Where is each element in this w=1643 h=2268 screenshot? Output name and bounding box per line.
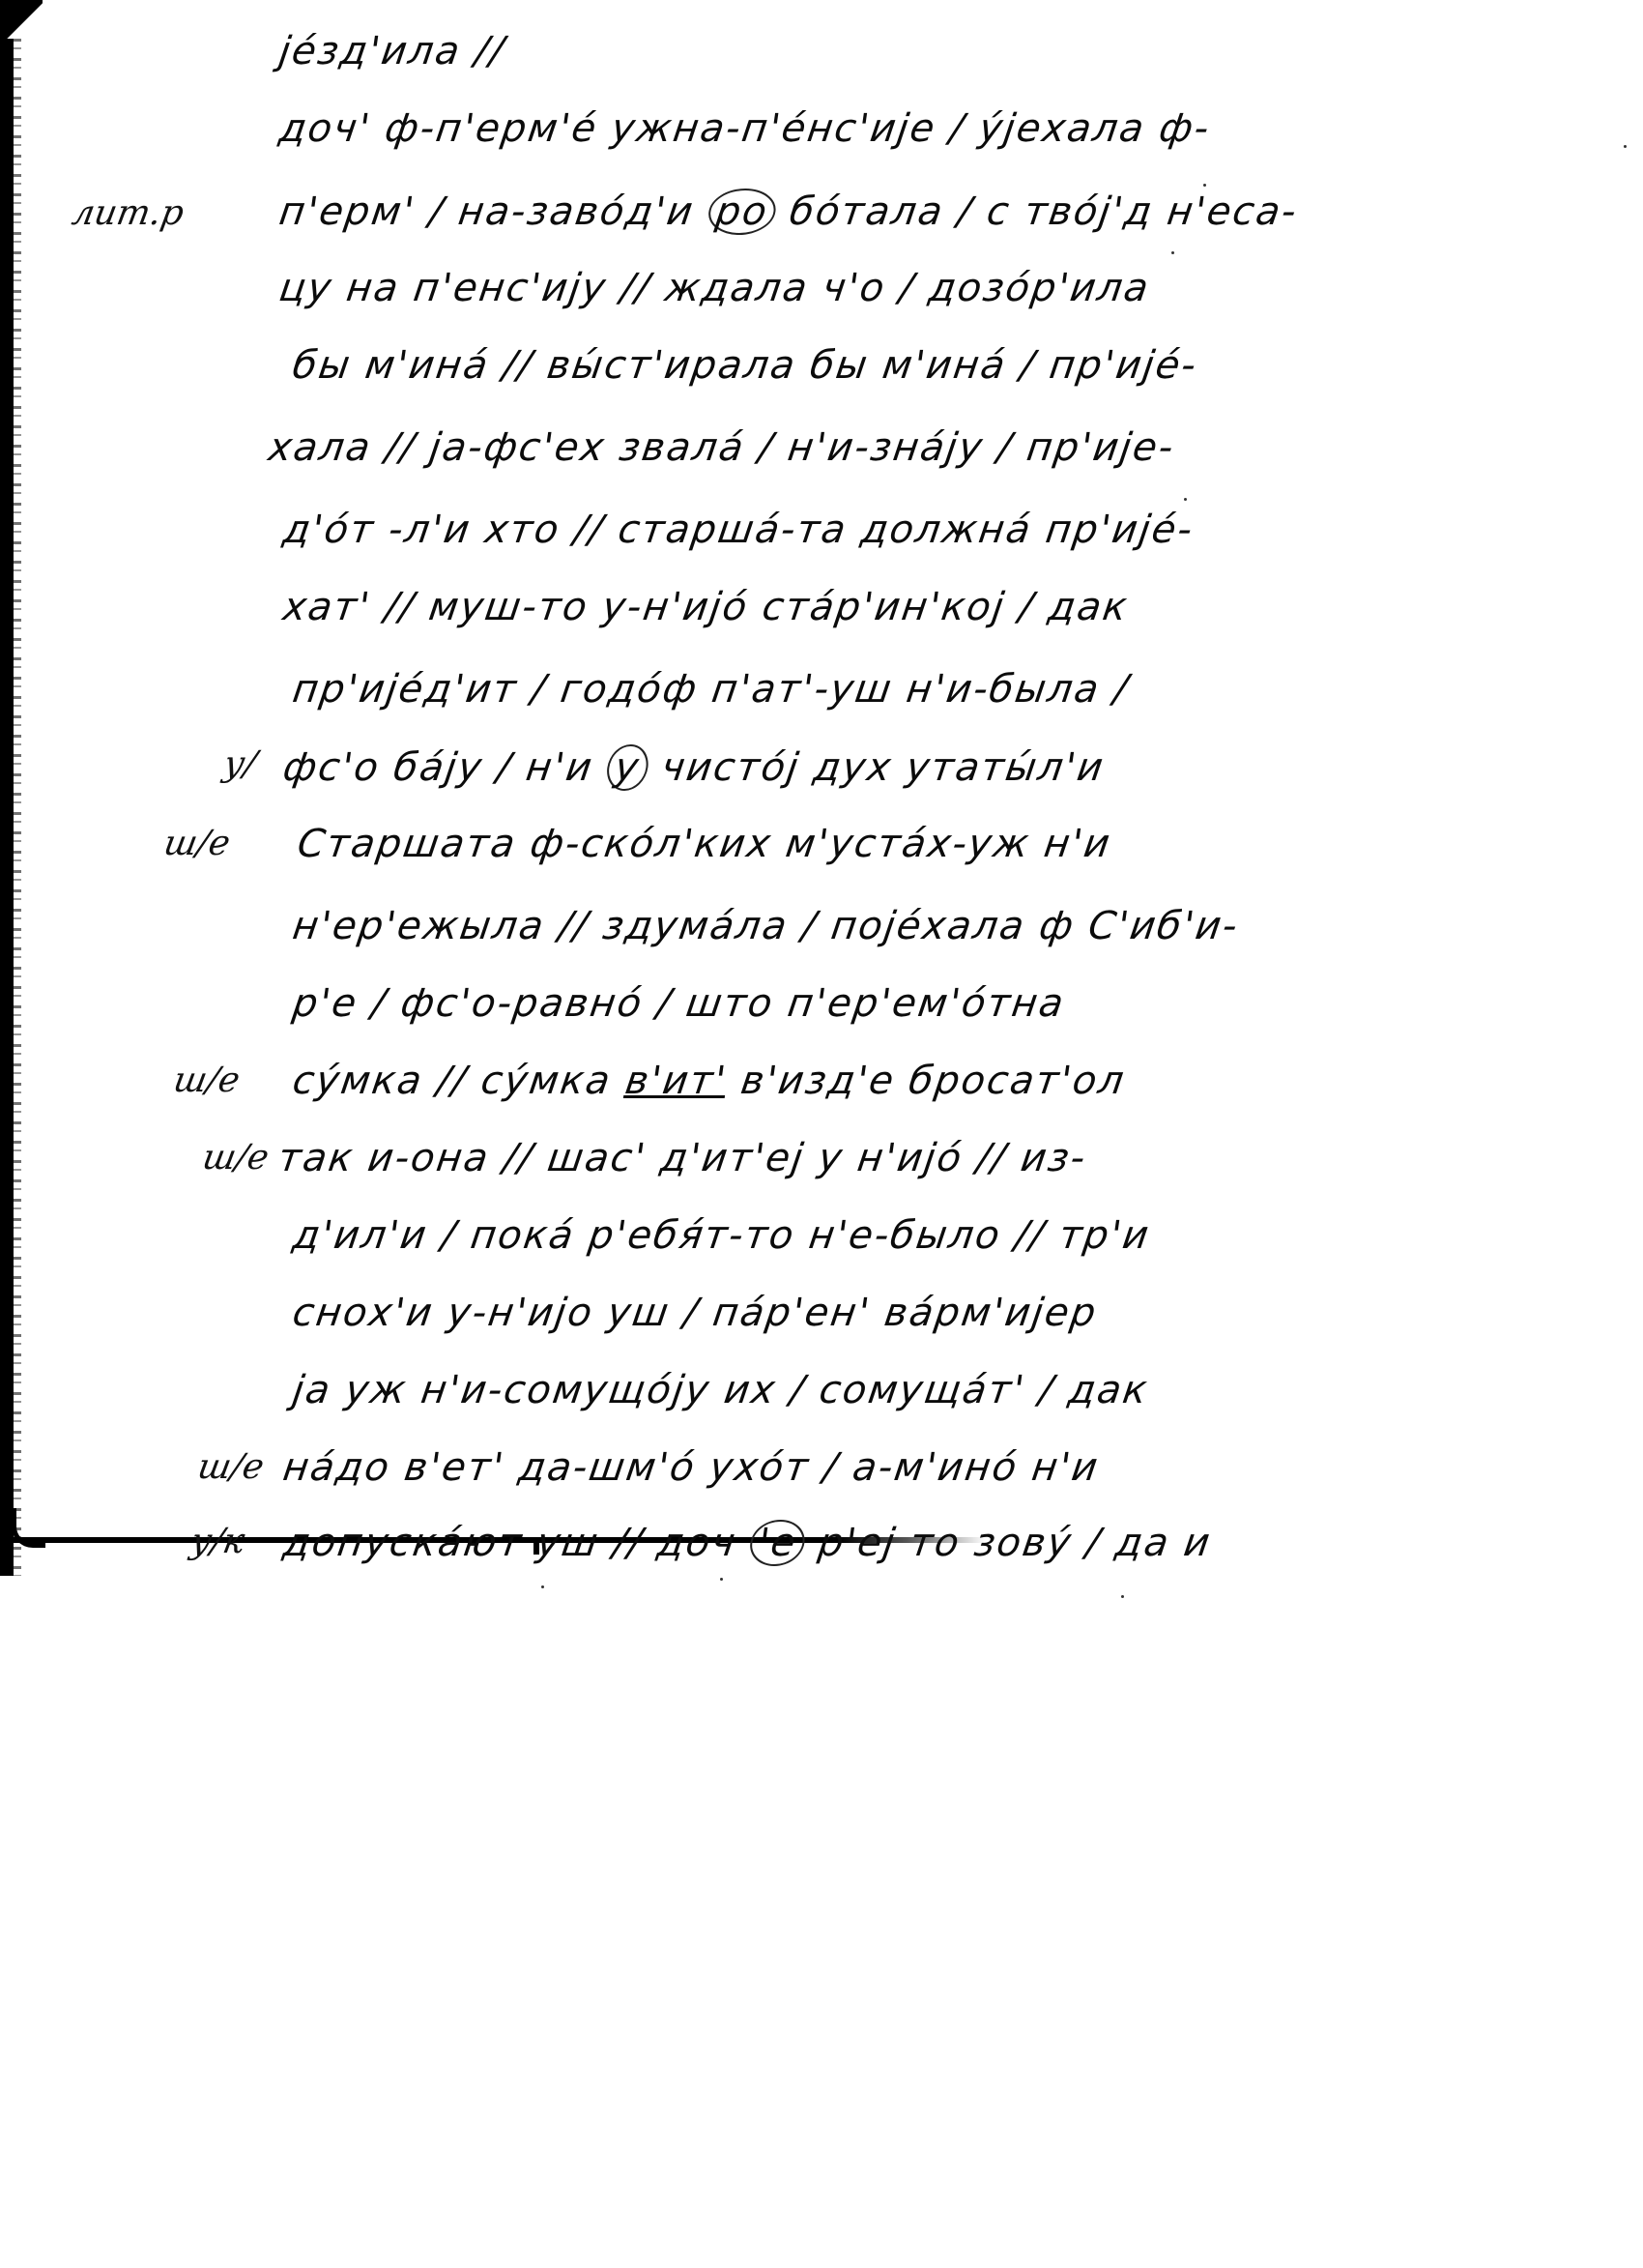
circled-correction: у — [604, 744, 650, 791]
transcription-line: п'ерм' / на-заво́д'и ро бо́тала / с тво́… — [276, 189, 1301, 235]
transcription-line: је́зд'ила // — [276, 29, 508, 73]
line-text: цу на п'енс'ију // ждала ч'о / дозо́р'ил… — [276, 266, 1153, 310]
line-text: хат' // муш-то у-н'ијо́ ста́р'ин'кој / д… — [280, 585, 1132, 629]
line-text-continued: бо́тала / с тво́ј'д н'еса- — [787, 189, 1301, 234]
transcription-line: р'е / фс'о-равно́ / што п'ер'ем'о́тна — [290, 981, 1068, 1026]
line-text: доч' ф-п'ерм'е́ ужна-п'е́нс'ије / у́јеха… — [276, 106, 1214, 151]
margin-annotation: ш/е — [170, 1061, 243, 1100]
transcription-line: д'о́т -л'и хто // старша́-та должна́ пр'… — [280, 508, 1196, 552]
transcription-line: доч' ф-п'ерм'е́ ужна-п'е́нс'ије / у́јеха… — [276, 106, 1214, 151]
page-left-edge-fringe — [14, 39, 21, 1576]
transcription-line: цу на п'енс'ију // ждала ч'о / дозо́р'ил… — [276, 266, 1153, 310]
transcription-line: хала // ја-фс'ех звала́ / н'и-зна́ју / п… — [266, 425, 1178, 470]
line-text: р'е / фс'о-равно́ / што п'ер'ем'о́тна — [290, 981, 1068, 1026]
margin-annotation: у/ — [220, 744, 259, 784]
margin-annotation: у/к — [187, 1522, 247, 1561]
transcription-line: допуска́ют уш // доч 'е р'еј то зову́ / … — [280, 1520, 1215, 1566]
margin-annotation: ш/е — [199, 1138, 272, 1178]
line-text: фс'о ба́ју / н'и — [280, 745, 596, 790]
line-text: снох'и у-н'ијо уш / па́р'ен' ва́рм'ијер — [290, 1291, 1100, 1335]
line-text: п'ерм' / на-заво́д'и — [276, 189, 697, 234]
transcription-line: снох'и у-н'ијо уш / па́р'ен' ва́рм'ијер — [290, 1291, 1100, 1335]
line-text: н'ер'ежыла // здума́ла / поје́хала ф С'и… — [290, 904, 1242, 948]
line-text: допуска́ют уш // доч — [280, 1521, 739, 1565]
line-text: су́мка // су́мка — [290, 1059, 615, 1103]
line-text: бы м'ина́ // вы́ст'ирала бы м'ина́ / пр'… — [290, 343, 1200, 388]
line-text: хала // ја-фс'ех звала́ / н'и-зна́ју / п… — [266, 425, 1178, 470]
transcription-line: фс'о ба́ју / н'и у чисто́ј дух утаты́л'и — [280, 744, 1108, 791]
transcription-line: хат' // муш-то у-н'ијо́ ста́р'ин'кој / д… — [280, 585, 1132, 629]
transcription-line: н'ер'ежыла // здума́ла / поје́хала ф С'и… — [290, 904, 1242, 948]
transcription-line: Старшата ф-ско́л'ких м'уста́х-уж н'и — [295, 822, 1114, 866]
transcription-line: су́мка // су́мка в'ит' в'изд'е бросат'ол — [290, 1059, 1128, 1103]
circled-correction: ро — [706, 189, 780, 235]
margin-annotation: лит.р — [69, 193, 187, 233]
line-text: ја уж н'и-сомущо́ју их / сомуща́т' / дак — [290, 1368, 1151, 1412]
margin-annotation: ш/е — [194, 1447, 267, 1487]
line-text: д'ил'и / пока́ р'ебя́т-то н'е-было // тр… — [290, 1213, 1153, 1258]
underlined-word: в'ит' — [622, 1059, 730, 1103]
line-text-continued: в'изд'е бросат'ол — [738, 1059, 1129, 1103]
line-text-continued: р'еј то зову́ / да и — [816, 1521, 1215, 1565]
transcription-line: так и-она // шас' д'ит'еј у н'ијо́ // из… — [275, 1136, 1090, 1180]
line-text: на́до в'ет' да-шм'о́ ухо́т / а-м'ино́ н'… — [280, 1445, 1102, 1490]
circled-correction: 'е — [747, 1520, 807, 1566]
margin-annotation: ш/е — [160, 824, 233, 863]
scanned-page: је́зд'ила //доч' ф-п'ерм'е́ ужна-п'е́нс'… — [0, 0, 1643, 2268]
transcription-line: пр'ије́д'ит / годо́ф п'ат'-уш н'и-была / — [290, 667, 1133, 712]
page-left-edge — [0, 39, 14, 1576]
line-text: је́зд'ила // — [276, 29, 508, 73]
line-text: Старшата ф-ско́л'ких м'уста́х-уж н'и — [295, 822, 1114, 866]
line-text: пр'ије́д'ит / годо́ф п'ат'-уш н'и-была / — [290, 667, 1133, 712]
transcription-line: на́до в'ет' да-шм'о́ ухо́т / а-м'ино́ н'… — [280, 1445, 1102, 1490]
line-text-continued: чисто́ј дух утаты́л'и — [659, 745, 1108, 790]
line-text: д'о́т -л'и хто // старша́-та должна́ пр'… — [280, 508, 1196, 552]
line-text: так и-она // шас' д'ит'еј у н'ијо́ // из… — [275, 1136, 1090, 1180]
transcription-line: д'ил'и / пока́ р'ебя́т-то н'е-было // тр… — [290, 1213, 1153, 1258]
transcription-line: ја уж н'и-сомущо́ју их / сомуща́т' / дак — [290, 1368, 1151, 1412]
transcription-line: бы м'ина́ // вы́ст'ирала бы м'ина́ / пр'… — [290, 343, 1200, 388]
